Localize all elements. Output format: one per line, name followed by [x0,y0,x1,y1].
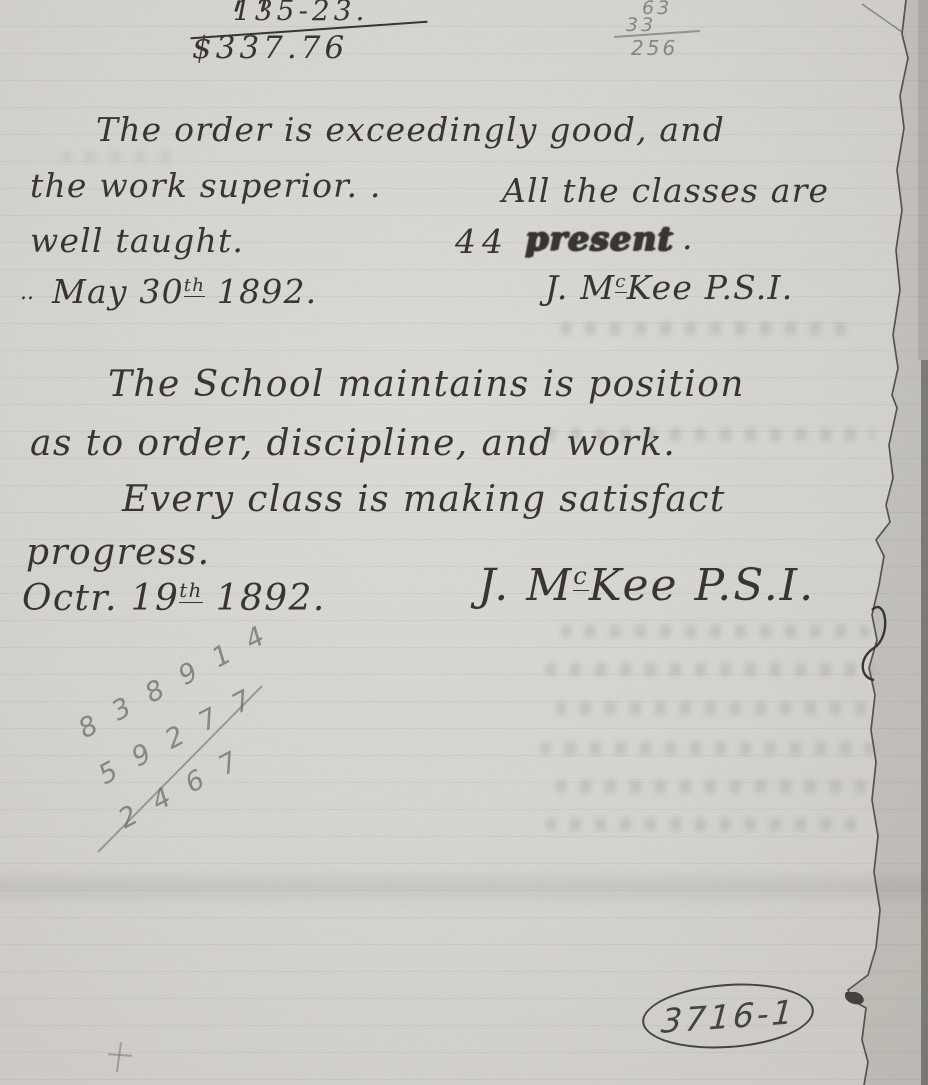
signature-suffix: Kee P.S.I. [627,268,794,307]
inspector-signature: J. McKee P.S.I. [478,560,815,611]
handwritten-period: . [682,218,694,257]
signature-prefix: J. M [545,268,615,307]
handwritten-line: The order is exceedingly good, and [96,110,725,149]
attendance-word-scribbled: present [525,219,674,258]
bleed-through-line [555,702,875,715]
date-lead-dots: .. [20,280,34,305]
entry-date-main: May 30 [52,272,184,311]
signature-suffix: Kee P.S.I. [589,560,815,611]
entry-date: Octr. 19th 1892. [22,578,326,619]
bleed-through-line [555,780,870,793]
bleed-through-line [545,818,865,831]
entry-date: May 30th 1892. [52,272,317,311]
handwritten-line: The School maintains is position [108,364,745,405]
corner-crease-line [862,4,902,32]
tear-ink-blob [845,992,864,1004]
entry-date-ordinal: th [184,275,205,297]
pencil-cross-mark [108,1053,132,1056]
handwritten-line: All the classes are [502,171,829,210]
torn-edge-shading [848,0,928,1085]
handwritten-line: Every class is making satisfact [122,479,726,520]
scanned-page: 135-23. $337.76 63 33 256 The order is e… [0,0,928,1085]
torn-edge-line [848,0,908,1085]
archive-number-stamp: 3716-1 [640,978,816,1054]
handwritten-line: well taught. [30,221,244,260]
entry-date-ordinal: th [179,579,203,603]
entry-date-year: 1892. [216,578,326,619]
handwritten-line: as to order, discipline, and work. [30,423,676,464]
bleed-through-line [60,150,180,163]
arithmetic-total: $337.76 [192,30,348,66]
signature-superscript-c: c [573,562,589,591]
entry-date-main: Octr. 19 [22,578,179,619]
signature-superscript-c: c [615,271,626,293]
bleed-through-line [545,663,875,676]
inspector-signature: J. McKee P.S.I. [545,268,793,307]
pencil-cross-mark [116,1042,122,1072]
pencil-arithmetic-row: 256 [631,36,678,60]
page-edge-strip [918,0,928,360]
scan-shadow-band [0,868,928,908]
handwritten-line: progress. [26,532,210,573]
arithmetic-minuend: 135-23. [233,0,368,27]
bleed-through-line [540,742,875,755]
archive-number: 3716-1 [659,992,796,1041]
bleed-through-line [560,625,870,638]
page-edge-strip-dark [921,360,928,1085]
entry-date-year: 1892. [217,272,317,311]
attendance-count: 44 [455,222,509,261]
handwritten-line: the work superior. . [30,166,382,205]
signature-prefix: J. M [478,560,573,611]
bleed-through-line [560,322,860,335]
